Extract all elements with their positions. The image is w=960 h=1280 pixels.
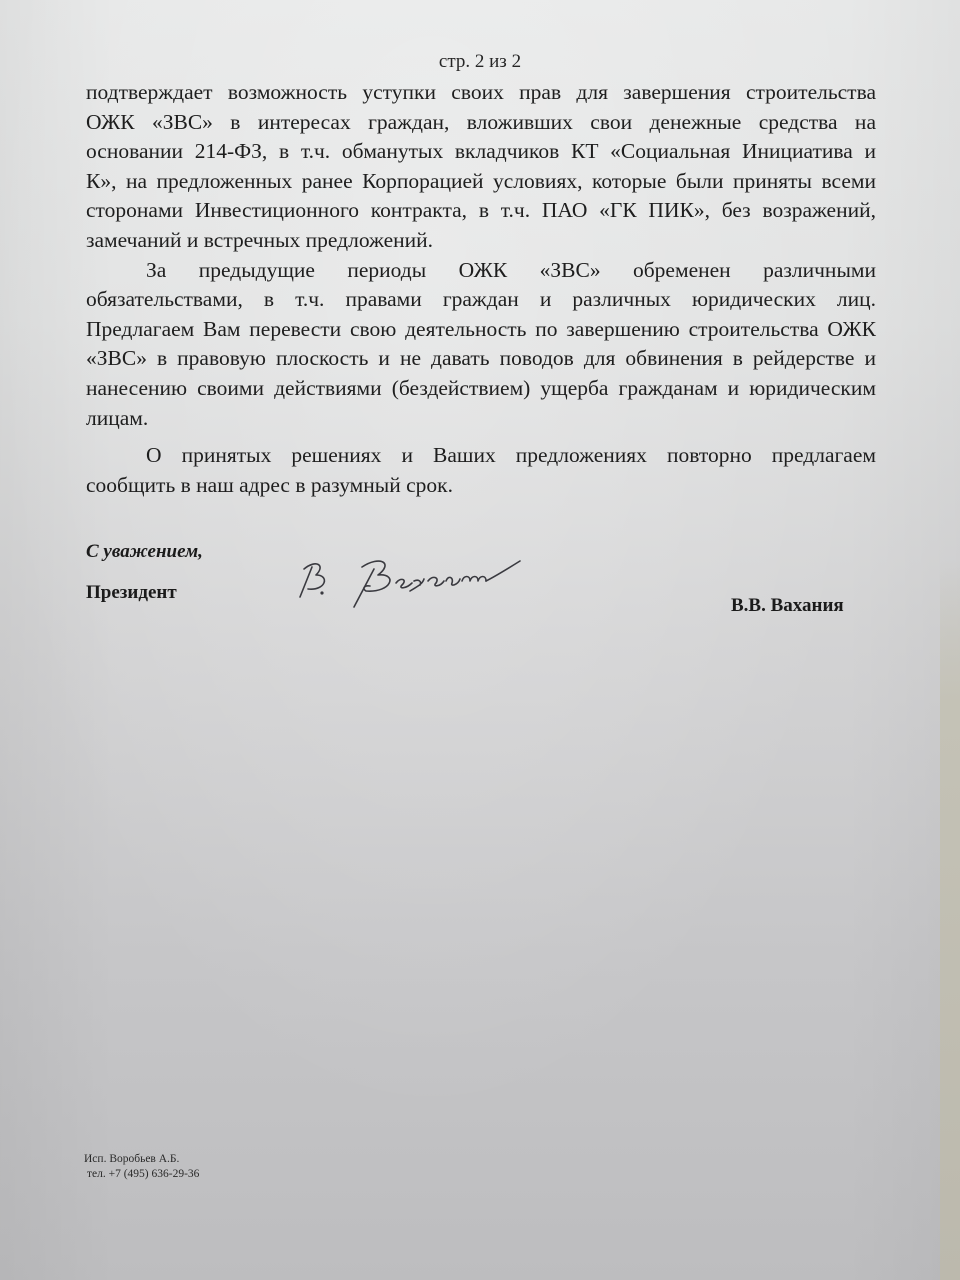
text-line: лицам.: [86, 404, 876, 434]
text-line: За предыдущие периоды ОЖК «ЗВС» обремене…: [86, 256, 876, 286]
text-line: основании 214-ФЗ, в т.ч. обманутых вклад…: [86, 137, 876, 167]
paper-edge-shadow: [940, 560, 960, 1280]
text-line: ОЖК «ЗВС» в интересах граждан, вложивших…: [86, 108, 876, 138]
text-line: подтверждает возможность уступки своих п…: [86, 78, 876, 108]
page-number: стр. 2 из 2: [0, 50, 960, 74]
paragraph-2: За предыдущие периоды ОЖК «ЗВС» обремене…: [86, 256, 876, 434]
text-line: нанесению своими действиями (бездействие…: [86, 374, 876, 404]
executor-name: Исп. Воробьев А.Б.: [84, 1153, 179, 1165]
text-line: обязательствами, в т.ч. правами граждан …: [86, 285, 876, 315]
executor-info: Исп. Воробьев А.Б. тел. +7 (495) 636-29-…: [84, 1152, 199, 1182]
paragraph-1: подтверждает возможность уступки своих п…: [86, 78, 876, 256]
text-line: замечаний и встречных предложений.: [86, 226, 876, 256]
signatory-name: В.В. Вахания: [731, 595, 844, 617]
text-line: «ЗВС» в правовую плоскость и не давать п…: [86, 344, 876, 374]
text-line: сообщить в наш адрес в разумный срок.: [86, 471, 876, 501]
handwritten-signature-icon: [282, 553, 582, 615]
executor-phone: тел. +7 (495) 636-29-36: [84, 1167, 199, 1182]
letter-body: подтверждает возможность уступки своих п…: [86, 78, 876, 500]
text-line: О принятых решениях и Ваших предложениях…: [86, 441, 876, 471]
closing-salutation: С уважением,: [86, 541, 203, 563]
text-line: Предлагаем Вам перевести свою деятельнос…: [86, 315, 876, 345]
signatory-position: Президент: [86, 582, 177, 604]
paragraph-gap: [86, 433, 876, 441]
text-line: сторонами Инвестиционного контракта, в т…: [86, 196, 876, 226]
text-line: К», на предложенных ранее Корпорацией ус…: [86, 167, 876, 197]
paragraph-3: О принятых решениях и Ваших предложениях…: [86, 441, 876, 500]
